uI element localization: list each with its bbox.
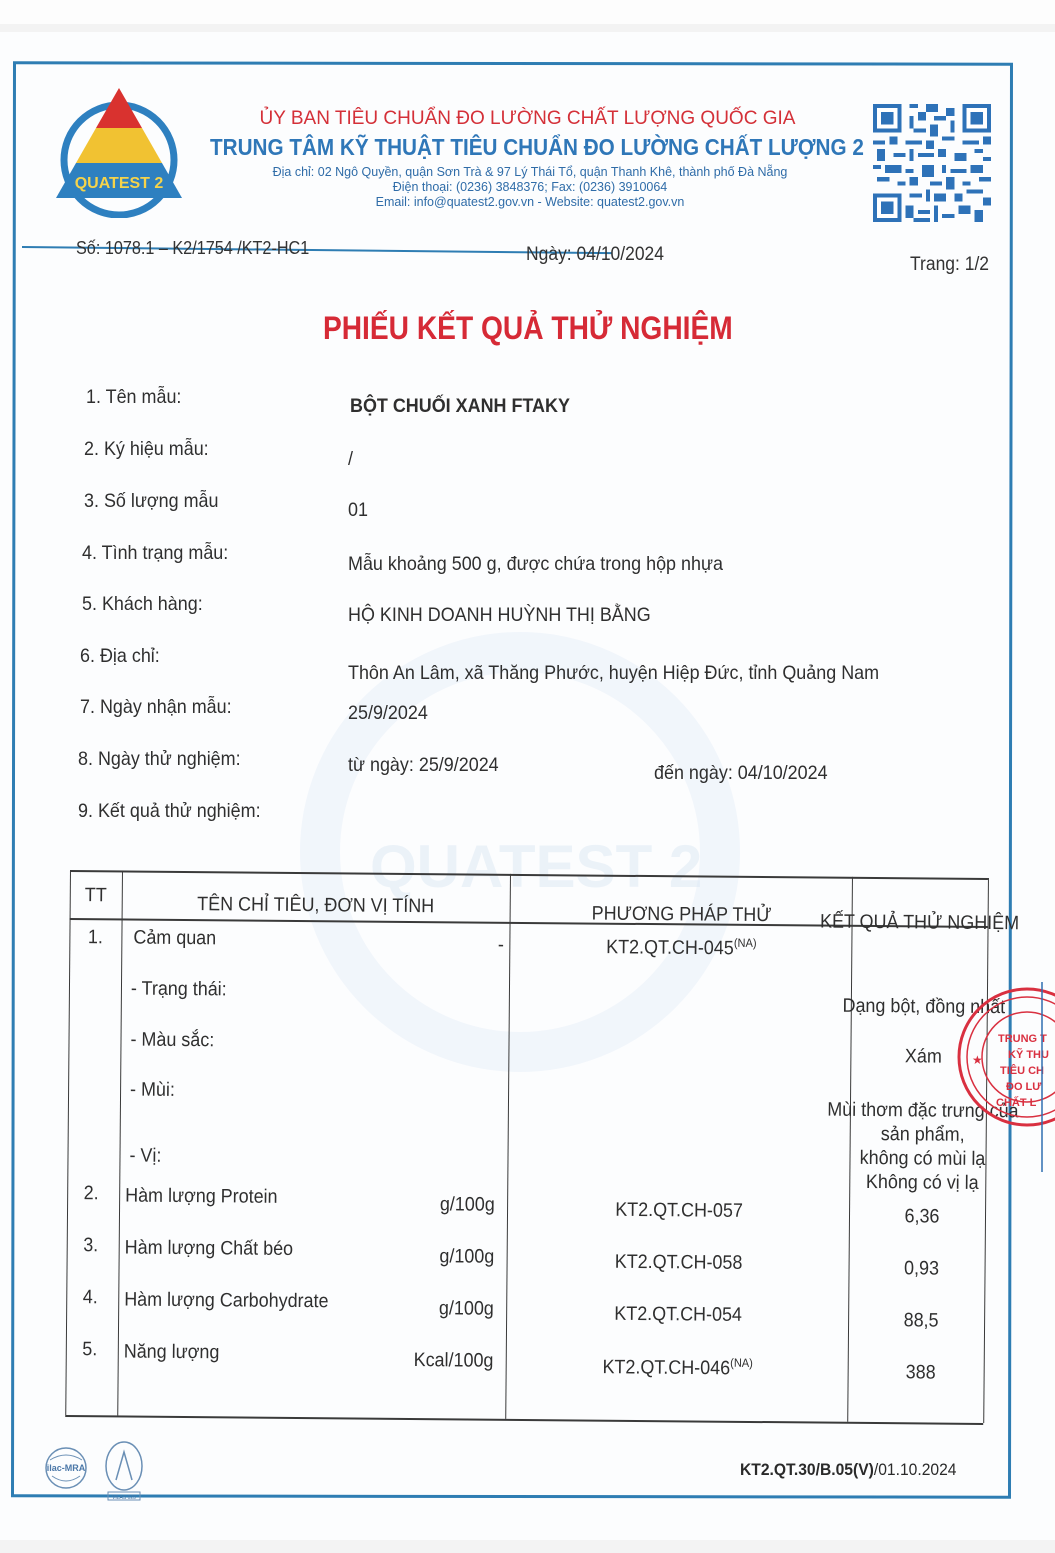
info-value: BỘT CHUỐI XANH FTAKY — [350, 395, 570, 418]
sensory-sub-label: - Mùi: — [130, 1079, 175, 1102]
stamp-text: CHẤT L — [996, 1096, 1037, 1109]
info-label: 7. Ngày nhận mẫu: — [80, 696, 232, 719]
document-page: QUATEST 2 QUATEST 2 ỦY BAN TIÊU CHUẨN ĐO… — [0, 32, 1055, 1540]
table-column-divider — [505, 874, 511, 1419]
sensory-sub-label: - Vị: — [129, 1145, 161, 1168]
sensory-sub-label: - Màu sắc: — [130, 1029, 214, 1053]
accreditation-logos-icon: ilac-MRA VILAS 023 — [44, 1438, 162, 1502]
row-method: KT2.QT.CH-057 — [615, 1199, 743, 1223]
row-tt: 5. — [82, 1338, 97, 1361]
info-label: 6. Địa chỉ: — [80, 645, 160, 668]
results-table: TTTÊN CHỈ TIÊU, ĐƠN VỊ TÍNHPHƯƠNG PHÁP T… — [65, 870, 990, 1418]
page-number: Trang: 1/2 — [910, 254, 989, 276]
svg-text:VILAS 023: VILAS 023 — [112, 1495, 136, 1501]
org-contact: Địa chỉ: 02 Ngô Quyền, quận Sơn Trà & 97… — [210, 165, 850, 210]
row-unit: g/100g — [439, 1297, 494, 1320]
info-value-end-date: đến ngày: 04/10/2024 — [654, 762, 828, 785]
row-criteria-name: Hàm lượng Protein — [125, 1184, 278, 1208]
row-criteria-name: Cảm quan — [133, 927, 216, 951]
row-result: 88,5 — [904, 1309, 939, 1332]
method-code: KT2.QT.CH-045 — [606, 936, 734, 959]
header-result: KẾT QUẢ THỬ NGHIỆM — [820, 911, 1019, 936]
info-label: 3. Số lượng mẫu — [84, 490, 218, 513]
row-method: KT2.QT.CH-058 — [615, 1251, 743, 1275]
row-result: 388 — [906, 1361, 936, 1384]
header-criteria: TÊN CHỈ TIÊU, ĐƠN VỊ TÍNH — [197, 893, 434, 918]
svg-text:★: ★ — [972, 1053, 983, 1067]
row-tt: 2. — [84, 1182, 99, 1205]
row-method: KT2.QT.CH-045(NA) — [606, 935, 757, 961]
info-value: 25/9/2024 — [348, 702, 428, 725]
stamp-text: ĐO LƯ — [1006, 1081, 1042, 1093]
svg-text:QUATEST 2: QUATEST 2 — [75, 175, 164, 192]
row-unit: g/100g — [440, 1245, 495, 1268]
stamp-text: KỸ THU — [1008, 1048, 1049, 1061]
info-label: 1. Tên mẫu: — [86, 386, 181, 409]
row-unit: g/100g — [440, 1193, 495, 1216]
method-note: (NA) — [734, 936, 757, 950]
sensory-result: Không có vị lạ — [866, 1171, 979, 1195]
top-bar — [0, 0, 1055, 24]
stamp-text: TRUNG T — [998, 1033, 1047, 1045]
row-method: KT2.QT.CH-046(NA) — [602, 1355, 753, 1381]
row-criteria-name: Năng lượng — [124, 1340, 220, 1364]
info-value: HỘ KINH DOANH HUỲNH THỊ BẰNG — [348, 604, 651, 627]
org-address: Địa chỉ: 02 Ngô Quyền, quận Sơn Trà & 97… — [210, 165, 850, 180]
row-tt: 4. — [83, 1286, 98, 1309]
row-criteria-name: Hàm lượng Chất béo — [125, 1236, 294, 1260]
method-code: KT2.QT.CH-057 — [615, 1199, 743, 1222]
info-value: Mẫu khoảng 500 g, được chứa trong hộp nh… — [348, 553, 723, 576]
qr-code-icon — [873, 104, 991, 222]
info-label: 9. Kết quả thử nghiệm: — [78, 800, 261, 823]
document-number: Số: 1078.1 – K2/1754 /KT2-HC1 — [76, 238, 309, 259]
org-email-website: Email: info@quatest2.gov.vn - Website: q… — [210, 195, 850, 210]
info-value: 01 — [348, 499, 368, 522]
header-tt: TT — [85, 884, 107, 907]
method-code: KT2.QT.CH-054 — [614, 1303, 742, 1326]
info-label: 8. Ngày thử nghiệm: — [78, 748, 241, 771]
row-result: 0,93 — [904, 1257, 939, 1280]
stamp-text: TIÊU CH — [1000, 1064, 1044, 1077]
document-date: Ngày: 04/10/2024 — [526, 244, 664, 266]
row-unit: - — [497, 934, 503, 957]
row-unit: Kcal/100g — [414, 1349, 494, 1373]
sensory-result: Xám — [905, 1045, 942, 1068]
form-code: KT2.QT.30/B.05(V)/01.10.2024 — [740, 1460, 956, 1480]
row-method: KT2.QT.CH-054 — [614, 1303, 742, 1327]
sensory-sub-label: - Trạng thái: — [131, 978, 227, 1002]
org-name: TRUNG TÂM KỸ THUẬT TIÊU CHUẨN ĐO LƯỜNG C… — [210, 134, 864, 161]
info-label: 2. Ký hiệu mẫu: — [84, 438, 209, 461]
method-code: KT2.QT.CH-046 — [602, 1356, 730, 1379]
row-result: 6,36 — [904, 1205, 939, 1228]
table-column-divider — [117, 870, 123, 1415]
official-stamp-icon: ★ TRUNG TKỸ THUTIÊU CHĐO LƯCHẤT L — [952, 982, 1055, 1172]
header-method: PHƯƠNG PHÁP THỬ — [592, 903, 772, 928]
svg-text:ilac-MRA: ilac-MRA — [47, 1463, 86, 1473]
method-note: (NA) — [730, 1356, 753, 1370]
table-column-divider — [847, 877, 853, 1422]
row-tt: 1. — [88, 926, 103, 949]
row-criteria-name: Hàm lượng Carbohydrate — [124, 1288, 328, 1313]
org-phone: Điện thoại: (0236) 3848376; Fax: (0236) … — [210, 180, 850, 195]
document-title: PHIẾU KẾT QUẢ THỬ NGHIỆM — [0, 310, 1055, 347]
info-value: từ ngày: 25/9/2024 — [348, 754, 499, 777]
info-value: / — [348, 448, 353, 471]
method-code: KT2.QT.CH-058 — [615, 1251, 743, 1274]
info-label: 4. Tình trạng mẫu: — [82, 542, 228, 565]
info-value: Thôn An Lâm, xã Thăng Phước, huyện Hiệp … — [348, 662, 879, 685]
info-label: 5. Khách hàng: — [82, 593, 203, 616]
row-tt: 3. — [83, 1234, 98, 1257]
